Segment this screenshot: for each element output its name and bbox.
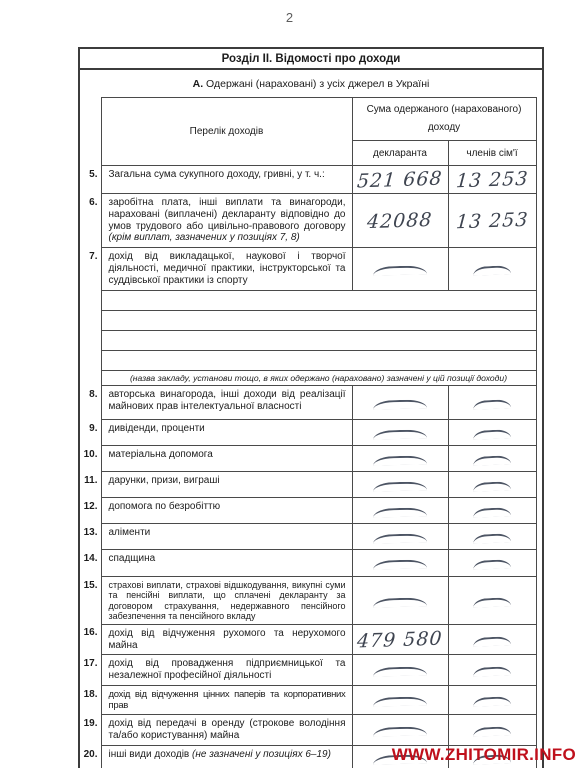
row-number: 10.	[82, 446, 101, 472]
income-label-italic: (крім виплат, зазначених у позиціях 7, 8…	[109, 232, 300, 243]
amount-declarant	[352, 420, 448, 446]
watermark: WWW.ZHITOMIR.INFO	[392, 745, 576, 765]
handwritten-dash	[373, 258, 427, 280]
amount-declarant	[352, 446, 448, 472]
amount-declarant	[352, 386, 448, 420]
table-row: 16. дохід від відчуження рухомого та нер…	[82, 624, 536, 655]
amount-family	[448, 420, 536, 446]
amount-family	[448, 624, 536, 655]
row-number: 18.	[82, 686, 101, 715]
subsection-text: Одержані (нараховані) з усіх джерел в Ук…	[203, 78, 429, 90]
amount-family	[448, 524, 536, 550]
row-number: 8.	[82, 386, 101, 420]
income-label: спадщина	[101, 550, 352, 577]
handwritten-dash	[473, 474, 511, 496]
income-label: дарунки, призи, виграші	[101, 472, 352, 498]
amount-family	[448, 472, 536, 498]
table-header-row: Перелік доходів Сума одержаного (нарахов…	[82, 98, 536, 141]
handwritten-dash	[473, 448, 511, 470]
section-title: Розділ II. Відомості про доходи	[80, 49, 542, 70]
column-header-family: членів сім'ї	[448, 141, 536, 166]
amount-declarant: 42088	[352, 194, 448, 248]
amount-declarant	[352, 524, 448, 550]
row-number: 14.	[82, 550, 101, 577]
income-label-italic: (не зазначені у позиціях 6–19)	[192, 749, 331, 760]
handwritten-dash	[473, 500, 511, 522]
handwritten-dash	[373, 590, 427, 612]
row-number: 19.	[82, 715, 101, 746]
handwritten-dash	[373, 552, 427, 574]
income-label: матеріальна допомога	[101, 446, 352, 472]
table-row: 6. заробітна плата, інші виплати та вина…	[82, 194, 536, 248]
page-number: 2	[0, 10, 579, 25]
handwritten-dash	[473, 392, 511, 414]
amount-family	[448, 577, 536, 625]
row-number: 17.	[82, 655, 101, 686]
subsection-letter: А.	[193, 78, 204, 90]
handwritten-dash	[473, 659, 511, 681]
handwritten-dash	[473, 526, 511, 548]
amount-family	[448, 655, 536, 686]
income-label: страхові виплати, страхові відшкодування…	[101, 577, 352, 625]
amount-family	[448, 498, 536, 524]
income-label: дохід від відчуження рухомого та нерухом…	[101, 624, 352, 655]
income-label: допомога по безробіттю	[101, 498, 352, 524]
table-row: 15. страхові виплати, страхові відшкодув…	[82, 577, 536, 625]
handwritten-dash	[373, 526, 427, 548]
handwritten-dash	[473, 590, 511, 612]
amount-declarant	[352, 686, 448, 715]
row-number: 11.	[82, 472, 101, 498]
column-header-sum: Сума одержаного (нарахованого) доходу	[352, 98, 536, 141]
table-row: 14. спадщина	[82, 550, 536, 577]
amount-family	[448, 386, 536, 420]
amount-declarant: 521 668	[352, 166, 448, 194]
row-number: 12.	[82, 498, 101, 524]
row-number: 15.	[82, 577, 101, 625]
table-row: 9. дивіденди, проценти	[82, 420, 536, 446]
blank-row	[82, 291, 536, 311]
amount-declarant	[352, 472, 448, 498]
amount-declarant	[352, 577, 448, 625]
amount-declarant	[352, 498, 448, 524]
handwritten-value: 13 253	[455, 208, 529, 233]
table-row: 10. матеріальна допомога	[82, 446, 536, 472]
amount-declarant	[352, 248, 448, 291]
amount-family: 13 253	[448, 194, 536, 248]
handwritten-dash	[473, 552, 511, 574]
amount-family: 13 253	[448, 166, 536, 194]
income-table: Перелік доходів Сума одержаного (нарахов…	[82, 97, 537, 768]
table-row: 5. Загальна сума сукупного доходу, гривн…	[82, 166, 536, 194]
column-header-declarant: декларанта	[352, 141, 448, 166]
row-number: 16.	[82, 624, 101, 655]
amount-family	[448, 446, 536, 472]
handwritten-value: 479 580	[356, 627, 443, 652]
row-number: 6.	[82, 194, 101, 248]
income-label: Загальна сума сукупного доходу, гривні, …	[101, 166, 352, 194]
handwritten-dash	[373, 448, 427, 470]
handwritten-dash	[473, 422, 511, 444]
blank-row	[82, 311, 536, 331]
amount-declarant	[352, 655, 448, 686]
table-row: 17. дохід від провадження підприємницько…	[82, 655, 536, 686]
amount-family	[448, 686, 536, 715]
table-row: 8. авторська винагорода, інші доходи від…	[82, 386, 536, 420]
income-label: заробітна плата, інші виплати та винагор…	[101, 194, 352, 248]
handwritten-dash	[473, 719, 511, 741]
handwritten-dash	[473, 629, 511, 651]
amount-declarant	[352, 550, 448, 577]
blank-row	[82, 331, 536, 351]
table-row: 18. дохід від відчуження цінних паперів …	[82, 686, 536, 715]
income-label: дивіденди, проценти	[101, 420, 352, 446]
amount-family	[448, 550, 536, 577]
row-number: 13.	[82, 524, 101, 550]
income-label: аліменти	[101, 524, 352, 550]
amount-declarant	[352, 715, 448, 746]
handwritten-dash	[473, 258, 511, 280]
income-label: дохід від передачі в оренду (строкове во…	[101, 715, 352, 746]
form-box: Розділ II. Відомості про доходи А. Одерж…	[78, 47, 544, 768]
amount-family	[448, 248, 536, 291]
row-number: 20.	[82, 746, 101, 768]
handwritten-value: 521 668	[356, 167, 443, 192]
income-source-note: (назва закладу, установи тощо, в яких од…	[101, 371, 536, 386]
handwritten-dash	[473, 689, 511, 711]
blank-row	[82, 351, 536, 371]
column-header-income-list: Перелік доходів	[101, 98, 352, 166]
handwritten-dash	[373, 719, 427, 741]
handwritten-dash	[373, 689, 427, 711]
handwritten-dash	[373, 474, 427, 496]
handwritten-dash	[373, 659, 427, 681]
scanned-declaration-page: { "page": { "number": "2" }, "section": …	[0, 0, 579, 768]
income-label: інші види доходів (не зазначені у позиці…	[101, 746, 352, 768]
handwritten-dash	[373, 500, 427, 522]
table-row: 19. дохід від передачі в оренду (строков…	[82, 715, 536, 746]
note-row: (назва закладу, установи тощо, в яких од…	[82, 371, 536, 386]
handwritten-value: 42088	[367, 208, 434, 232]
table-row: 12. допомога по безробіттю	[82, 498, 536, 524]
table-row: 11. дарунки, призи, виграші	[82, 472, 536, 498]
handwritten-dash	[373, 392, 427, 414]
row-number: 9.	[82, 420, 101, 446]
subsection-title: А. Одержані (нараховані) з усіх джерел в…	[80, 70, 542, 97]
row-number: 7.	[82, 248, 101, 291]
table-row: 13. аліменти	[82, 524, 536, 550]
amount-declarant: 479 580	[352, 624, 448, 655]
handwritten-dash	[373, 422, 427, 444]
income-label: авторська винагорода, інші доходи від ре…	[101, 386, 352, 420]
income-label: дохід від викладацької, наукової і творч…	[101, 248, 352, 291]
income-label: дохід від провадження підприємницької та…	[101, 655, 352, 686]
income-label: дохід від відчуження цінних паперів та к…	[101, 686, 352, 715]
handwritten-value: 13 253	[455, 167, 529, 192]
table-row: 7. дохід від викладацької, наукової і тв…	[82, 248, 536, 291]
row-number: 5.	[82, 166, 101, 194]
amount-family	[448, 715, 536, 746]
